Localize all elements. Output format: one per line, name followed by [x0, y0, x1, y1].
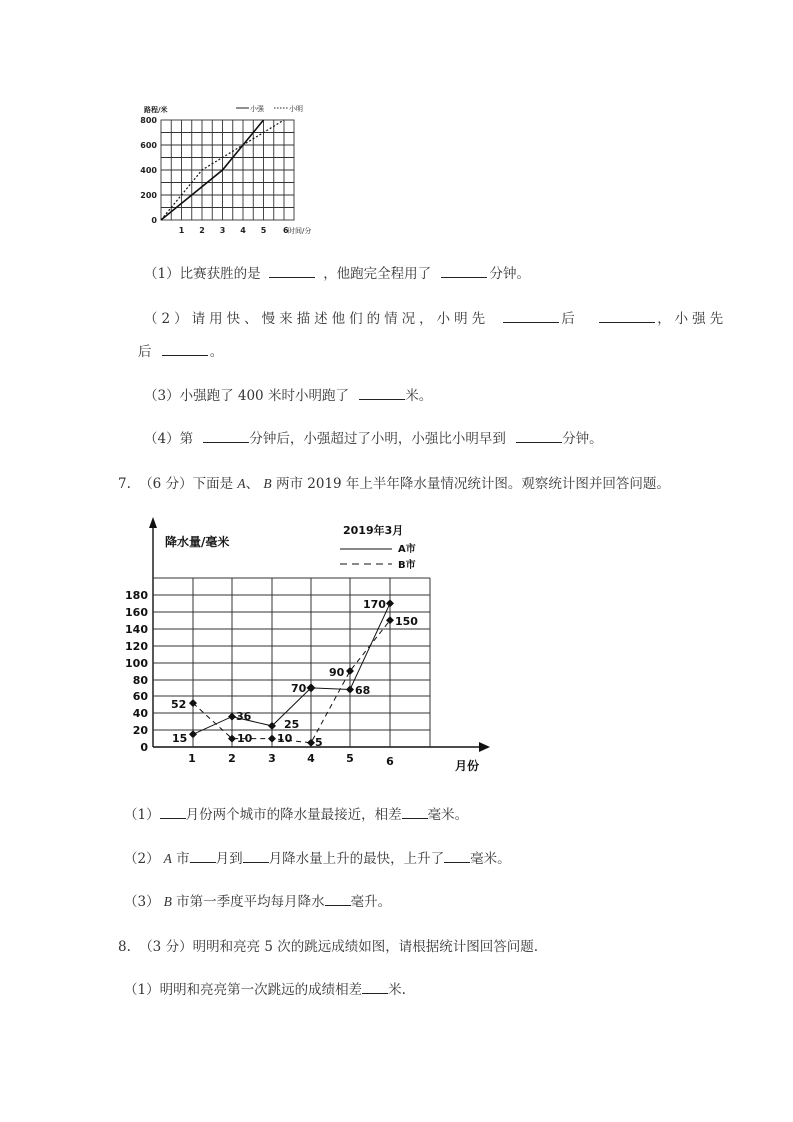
data-label-b: 150: [395, 615, 418, 628]
text: 毫米。: [428, 807, 469, 823]
text: A: [237, 476, 245, 491]
q7-sub2: （2）A 市月到月降水量上升的最快，上升了毫米。: [124, 847, 511, 867]
answer-blank[interactable]: [503, 310, 559, 323]
text: 后: [561, 311, 579, 327]
x-axis-label: 月份: [455, 758, 479, 773]
text: （2）: [124, 851, 160, 867]
y-tick: 80: [133, 674, 149, 687]
answer-blank[interactable]: [190, 850, 216, 863]
x-axis-arrow-icon: [479, 742, 490, 752]
question-number: 7.: [118, 476, 131, 492]
text: 后: [138, 344, 152, 360]
text: B: [263, 476, 271, 491]
data-label-a: 15: [172, 732, 187, 745]
text: 米.: [388, 982, 406, 998]
y-tick: 40: [133, 707, 149, 720]
text: （1）比赛获胜的是: [144, 266, 261, 282]
text: （6 分）下面是: [139, 476, 233, 492]
y-tick: 100: [125, 657, 148, 670]
answer-blank[interactable]: [243, 850, 269, 863]
answer-blank[interactable]: [359, 387, 405, 400]
data-label-a: 36: [236, 710, 252, 723]
y-tick: 800: [140, 116, 157, 125]
text: 市: [176, 851, 190, 867]
answer-blank[interactable]: [444, 850, 470, 863]
y-tick: 160: [125, 606, 148, 619]
data-label-a: 70: [291, 682, 307, 695]
text: （2）请用快、慢来描述他们的情况，小明先: [144, 311, 489, 327]
y-tick: 200: [140, 191, 157, 200]
text: （4）第: [144, 431, 193, 447]
answer-blank[interactable]: [441, 265, 487, 278]
legend-xiaoming: 小明: [289, 104, 303, 113]
q6-sub3: （3）小强跑了 400 米时小明跑了 米。: [144, 384, 432, 404]
x-tick: 4: [307, 752, 315, 765]
text: 。: [210, 344, 224, 360]
answer-blank[interactable]: [362, 981, 388, 994]
text: 两市 2019 年上半年降水量情况统计图。观察统计图并回答问题。: [276, 476, 670, 492]
text: （1）明明和亮亮第一次跳远的成绩相差: [124, 982, 362, 998]
data-label-b: 90: [329, 666, 345, 679]
x-tick: 5: [261, 226, 267, 235]
text: 毫升。: [351, 894, 392, 910]
question-number: 8.: [118, 939, 131, 955]
q6-sub4: （4）第 分钟后，小强超过了小明，小强比小明早到 分钟。: [144, 427, 603, 447]
text: 分钟。: [562, 431, 603, 447]
data-label-a: 68: [355, 684, 370, 697]
text: （3 分）明明和亮亮 5 次的跳远成绩如图，请根据统计图回答问题.: [139, 939, 538, 955]
x-tick: 2: [199, 226, 205, 235]
grid: [161, 120, 294, 220]
data-label-b: 10: [237, 732, 253, 745]
text: 月到: [216, 851, 243, 867]
data-label-a: 25: [284, 718, 299, 731]
race-line-chart: 0 200 400 600 800 1 2 3 4 5 6 时间/分 路程/米 …: [140, 98, 315, 240]
y-tick: 600: [140, 141, 157, 150]
answer-blank[interactable]: [160, 806, 186, 819]
data-label-b: 10: [277, 732, 293, 745]
x-tick: 3: [220, 226, 226, 235]
q6-sub2-cont: 后 。: [138, 340, 223, 360]
y-axis-label: 路程/米: [144, 105, 168, 114]
answer-blank[interactable]: [162, 343, 208, 356]
text: 月降水量上升的最快，上升了: [269, 851, 445, 867]
y-tick: 180: [125, 589, 148, 602]
y-tick: 0: [151, 216, 157, 225]
y-axis-label: 降水量/毫米: [165, 534, 229, 549]
text: 分钟。: [489, 266, 530, 282]
text: 米。: [405, 388, 432, 404]
q7-sub3: （3）B 市第一季度平均每月降水毫升。: [124, 890, 391, 910]
text: A: [164, 851, 172, 866]
q7-header: 7. （6 分）下面是 A、 B 两市 2019 年上半年降水量情况统计图。观察…: [118, 472, 670, 492]
x-tick: 3: [268, 752, 276, 765]
x-tick: 5: [346, 752, 354, 765]
precipitation-line-chart: 0 20 40 60 80 100 120 140 160 180 1 2 3 …: [120, 512, 500, 780]
q6-sub2: （2）请用快、慢来描述他们的情况，小明先 后 ，小强先: [144, 307, 727, 327]
answer-blank[interactable]: [203, 430, 249, 443]
x-tick: 6: [386, 755, 394, 768]
series-a-line: [193, 603, 390, 734]
x-tick: 1: [179, 226, 185, 235]
answer-blank[interactable]: [516, 430, 562, 443]
x-tick: 4: [240, 226, 246, 235]
answer-blank[interactable]: [599, 310, 655, 323]
text: （3）: [124, 894, 160, 910]
x-tick: 2: [228, 752, 236, 765]
x-tick: 1: [188, 752, 196, 765]
answer-blank[interactable]: [402, 806, 428, 819]
y-tick: 140: [125, 623, 148, 636]
data-label-a: 170: [363, 598, 386, 611]
legend-b: B市: [398, 558, 416, 571]
y-tick: 60: [133, 690, 149, 703]
text: ，他跑完全程用了: [323, 266, 431, 282]
answer-blank[interactable]: [325, 893, 351, 906]
x-axis-label: 时间/分: [288, 226, 311, 235]
text: 市第一季度平均每月降水: [176, 894, 325, 910]
data-label-b: 5: [315, 736, 323, 749]
y-tick: 400: [140, 166, 157, 175]
text: 月份两个城市的降水量最接近，相差: [186, 807, 402, 823]
chart-title: 2019年3月: [343, 523, 403, 537]
legend-xiaoqiang: 小强: [250, 104, 265, 113]
text: B: [164, 894, 172, 909]
text: 、: [246, 476, 260, 492]
text: （3）小强跑了 400 米时小明跑了: [144, 388, 349, 404]
q7-sub1: （1）月份两个城市的降水量最接近，相差毫米。: [124, 803, 468, 823]
answer-blank[interactable]: [269, 265, 315, 278]
q8-sub1: （1）明明和亮亮第一次跳远的成绩相差米.: [124, 978, 406, 998]
text: 分钟后，小强超过了小明，小强比小明早到: [249, 431, 506, 447]
y-tick: 20: [133, 724, 149, 737]
y-tick: 120: [125, 640, 148, 653]
legend-a: A市: [398, 542, 416, 555]
y-axis-arrow-icon: [149, 517, 157, 528]
q6-sub1: （1）比赛获胜的是 ，他跑完全程用了 分钟。: [144, 262, 530, 282]
y-tick: 0: [140, 741, 148, 754]
data-label-b: 52: [171, 698, 186, 711]
text: ，小强先: [657, 311, 727, 327]
text: 毫米。: [470, 851, 511, 867]
text: （1）: [124, 807, 160, 823]
q8-header: 8. （3 分）明明和亮亮 5 次的跳远成绩如图，请根据统计图回答问题.: [118, 935, 538, 955]
